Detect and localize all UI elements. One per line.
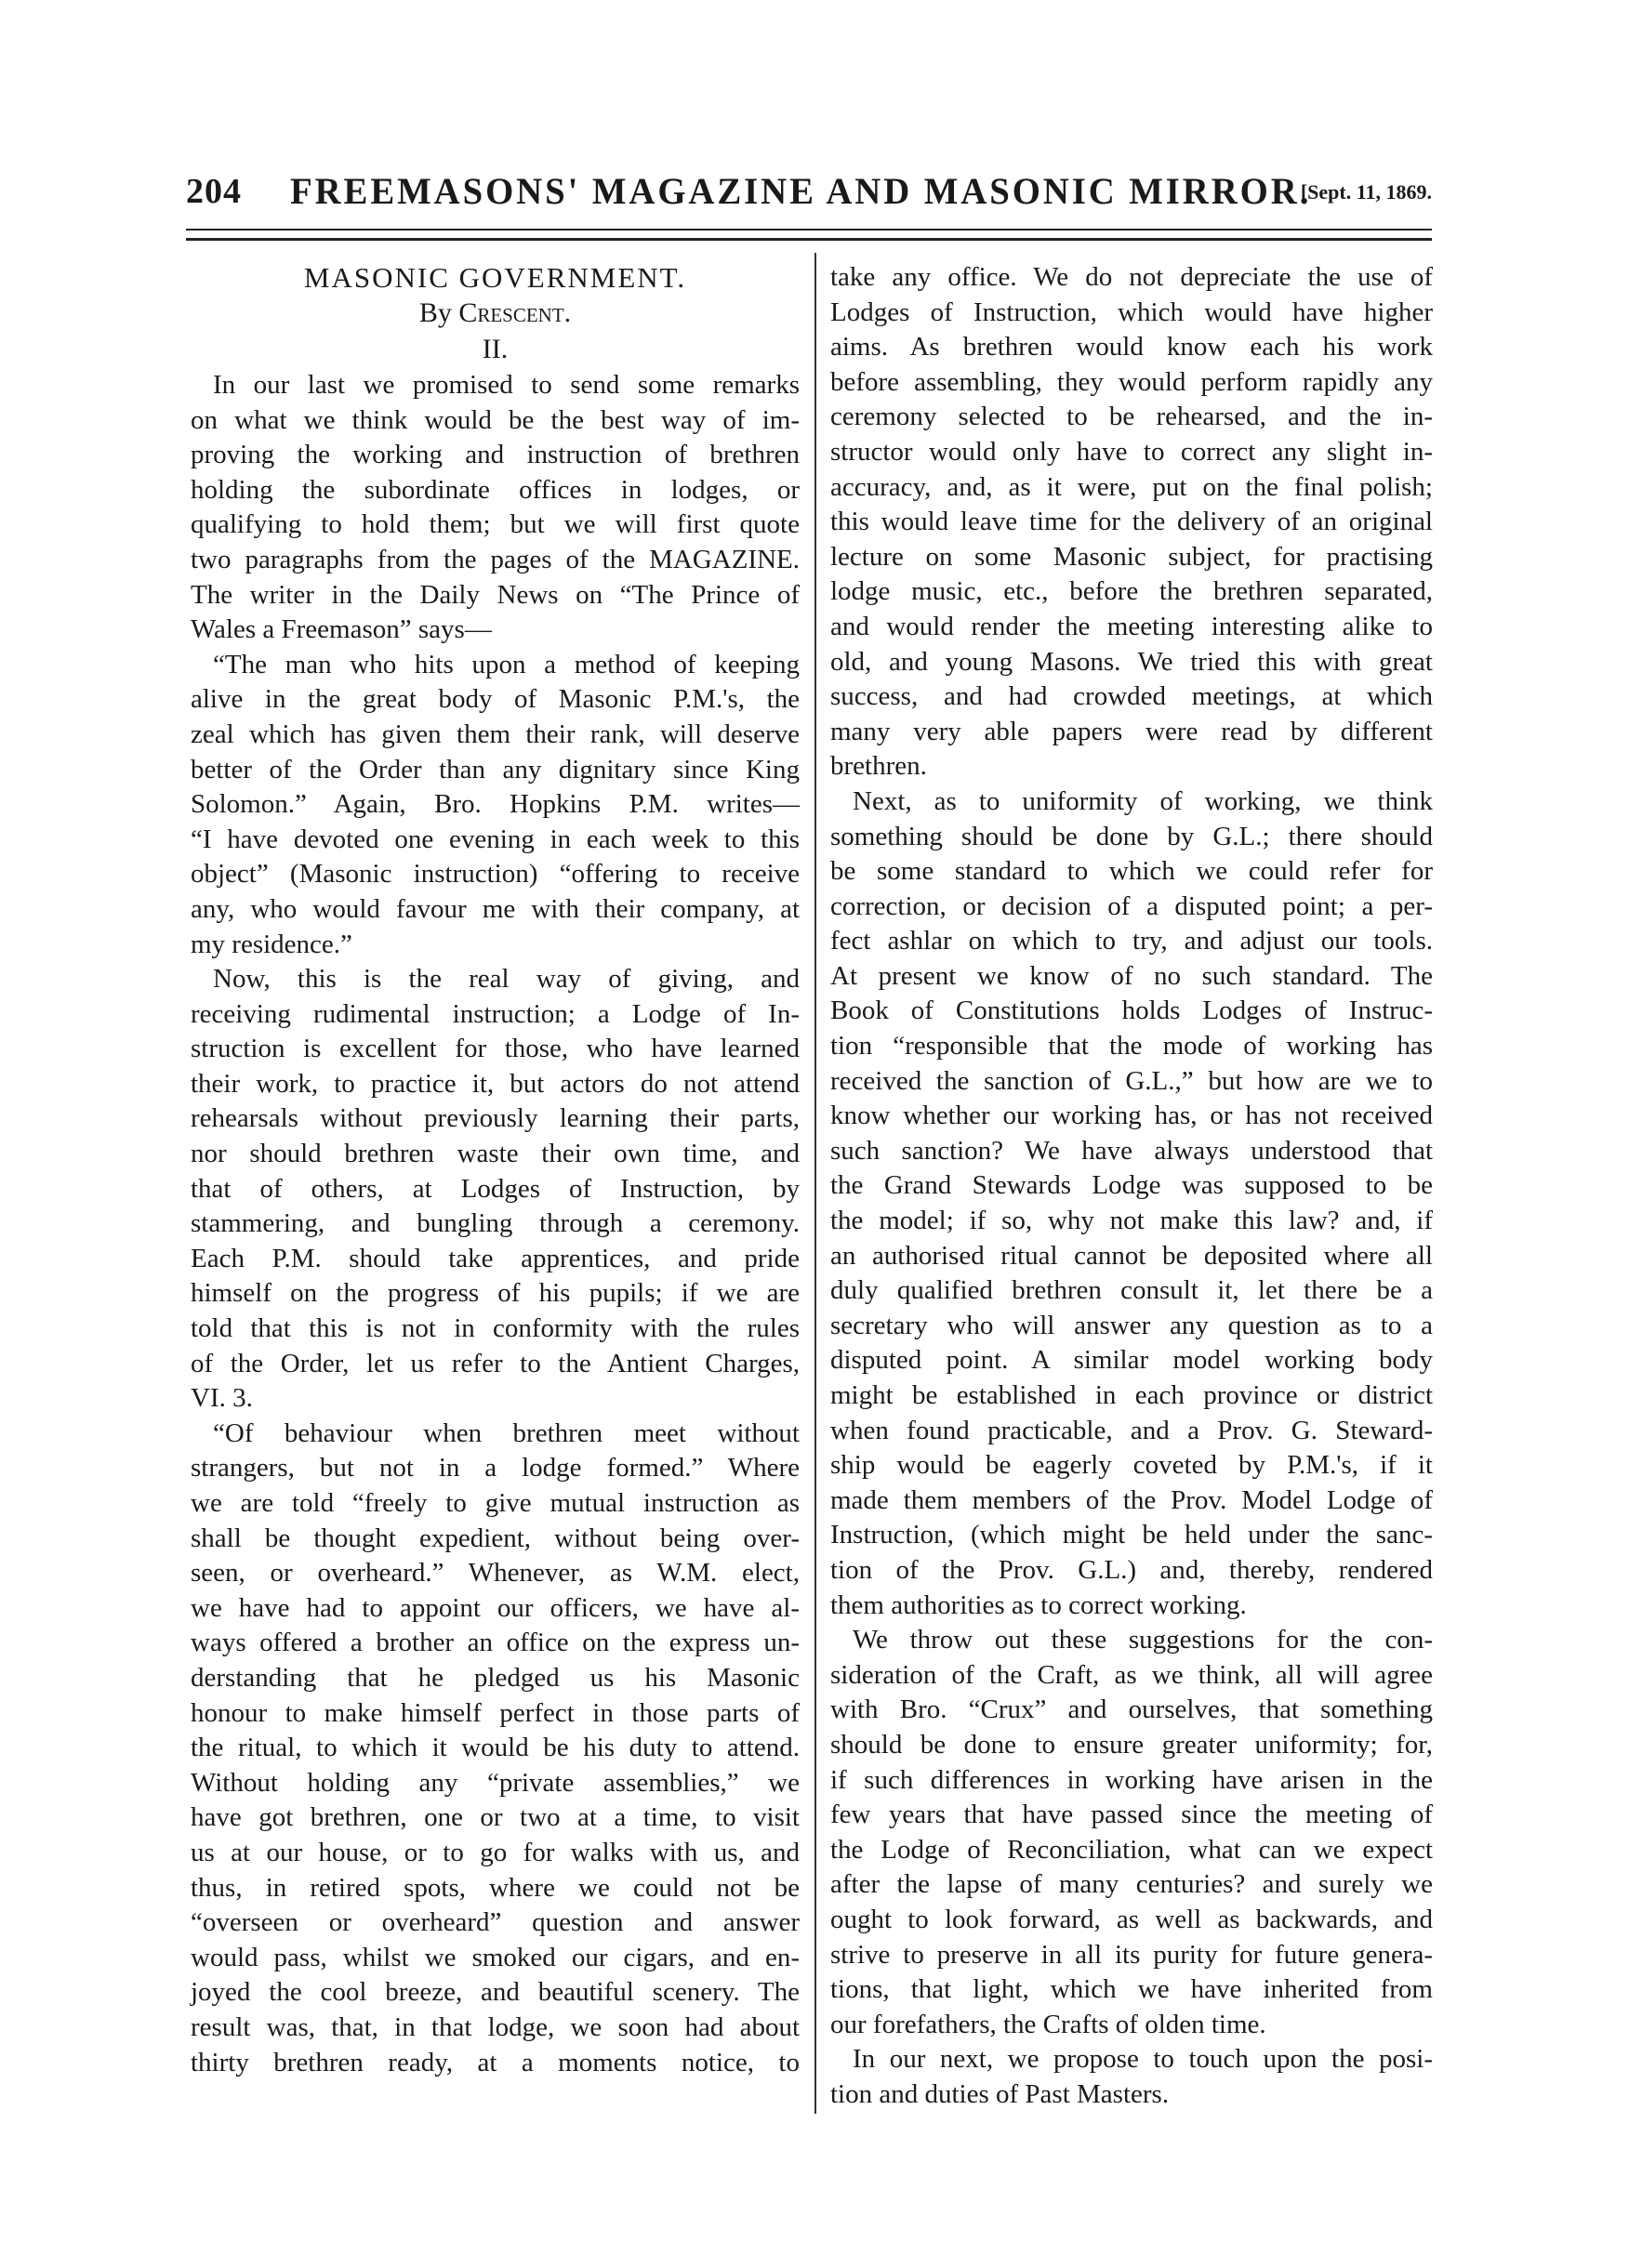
text-line: old, and young Masons. We tried this wit… [830,645,1433,680]
text-line: proving the working and instruction of b… [191,438,800,473]
text-line: shall be thought expedient, without bein… [191,1522,800,1557]
text-line: us at our house, or to go for walks with… [191,1836,800,1871]
text-line: In our last we promised to send some rem… [191,368,800,403]
text-line: We throw out these suggestions for the c… [830,1623,1433,1658]
column-divider [814,253,816,2114]
text-line: nor should brethren waste their own time… [191,1137,800,1172]
text-line: Solomon.” Again, Bro. Hopkins P.M. write… [191,787,800,823]
text-line: thirty brethren ready, at a moments noti… [191,2046,800,2081]
text-line: Wales a Freemason” says— [191,613,800,648]
text-line: ways offered a brother an office on the … [191,1626,800,1661]
text-line: ship would be eagerly coveted by P.M.'s,… [830,1448,1433,1483]
text-line: we have had to appoint our officers, we … [191,1591,800,1627]
text-line: this would leave time for the delivery o… [830,505,1433,540]
text-line: be some standard to which we could refer… [830,854,1433,890]
text-line: object” (Masonic instruction) “offering … [191,857,800,892]
text-line: The writer in the Daily News on “The Pri… [191,578,800,613]
text-line: such sanction? We have always understood… [830,1134,1433,1169]
text-line: “Of behaviour when brethren meet without [191,1417,800,1452]
text-line: should be done to ensure greater uniform… [830,1728,1433,1763]
text-line: might be established in each province or… [830,1378,1433,1414]
text-line: two paragraphs from the pages of the MAG… [191,543,800,578]
text-line: Book of Constitutions holds Lodges of In… [830,994,1433,1029]
text-line: know whether our working has, or has not… [830,1099,1433,1134]
left-column: MASONIC GOVERNMENT. By Crescent. II. In … [191,260,800,2080]
text-line: that of others, at Lodges of Instruction… [191,1172,800,1207]
text-line: Next, as to uniformity of working, we th… [830,785,1433,820]
text-line: receiving rudimental instruction; a Lodg… [191,997,800,1033]
right-column: take any office. We do not depreciate th… [830,260,1433,2112]
text-line: duly qualified brethren consult it, let … [830,1273,1433,1309]
text-line: “The man who hits upon a method of keepi… [191,648,800,683]
text-line: VI. 3. [191,1381,800,1417]
text-line: tions, that light, which we have inherit… [830,1972,1433,2008]
magazine-page: 204 FREEMASONS' MAGAZINE AND MASONIC MIR… [0,0,1642,2268]
text-line: any, who would favour me with their comp… [191,892,800,928]
text-line: secretary who will answer any question a… [830,1309,1433,1344]
text-line: zeal which has given them their rank, wi… [191,718,800,753]
text-line: alive in the great body of Masonic P.M.'… [191,682,800,718]
text-line: honour to make himself perfect in those … [191,1696,800,1732]
text-line: joyed the cool breeze, and beautiful sce… [191,1975,800,2011]
text-line: seen, or overheard.” Whenever, as W.M. e… [191,1556,800,1591]
text-line: “overseen or overheard” question and ans… [191,1905,800,1941]
article-part-number: II. [191,331,800,368]
text-line: the model; if so, why not make this law?… [830,1204,1433,1239]
text-line: few years that have passed since the mee… [830,1798,1433,1833]
publication-title: FREEMASONS' MAGAZINE AND MASONIC MIRROR. [290,169,1265,213]
text-line: my residence.” [191,928,800,963]
text-line: strive to preserve in all its purity for… [830,1938,1433,1973]
right-column-text: take any office. We do not depreciate th… [830,260,1433,2112]
text-line: structor would only have to correct any … [830,435,1433,470]
text-line: them authorities as to correct working. [830,1589,1433,1624]
text-line: holding the subordinate offices in lodge… [191,473,800,508]
text-line: the ritual, to which it would be his dut… [191,1731,800,1766]
text-line: lecture on some Masonic subject, for pra… [830,540,1433,575]
byline-prefix: By [419,297,459,328]
text-line: derstanding that he pledged us his Mason… [191,1661,800,1696]
text-line: ought to look forward, as well as backwa… [830,1903,1433,1938]
text-line: rehearsals without previously learning t… [191,1101,800,1137]
text-line: with Bro. “Crux” and ourselves, that som… [830,1693,1433,1728]
text-line: Instruction, (which might be held under … [830,1518,1433,1553]
text-line: struction is excellent for those, who ha… [191,1032,800,1067]
text-line: Lodges of Instruction, which would have … [830,296,1433,331]
text-line: have got brethren, one or two at a time,… [191,1800,800,1836]
text-line: our forefathers, the Crafts of olden tim… [830,2008,1433,2043]
text-line: the Lodge of Reconciliation, what can we… [830,1833,1433,1868]
issue-date: [Sept. 11, 1869. [1301,180,1432,204]
text-line: and would render the meeting interesting… [830,610,1433,645]
text-line: fect ashlar on which to try, and adjust … [830,924,1433,959]
text-line: when found practicable, and a Prov. G. S… [830,1414,1433,1449]
left-column-text: In our last we promised to send some rem… [191,368,800,2080]
text-line: many very able papers were read by diffe… [830,715,1433,750]
text-line: himself on the progress of his pupils; i… [191,1276,800,1312]
text-line: correction, or decision of a disputed po… [830,890,1433,925]
header-rule-bottom [186,238,1432,241]
masthead: 204 FREEMASONS' MAGAZINE AND MASONIC MIR… [186,167,1432,214]
text-line: take any office. We do not depreciate th… [830,260,1433,296]
text-line: stammering, and bungling through a cerem… [191,1207,800,1242]
article-author: Crescent. [458,297,571,328]
article-byline: By Crescent. [191,296,800,331]
text-line: we are told “freely to give mutual instr… [191,1486,800,1522]
text-line: would pass, whilst we smoked our cigars,… [191,1941,800,1976]
text-line: tion and duties of Past Masters. [830,2077,1433,2113]
text-line: qualifying to hold them; but we will fir… [191,508,800,543]
text-line: “I have devoted one evening in each week… [191,823,800,858]
text-line: better of the Order than any dignitary s… [191,753,800,788]
text-line: strangers, but not in a lodge formed.” W… [191,1451,800,1486]
text-line: Each P.M. should take apprentices, and p… [191,1242,800,1277]
text-line: aims. As brethren would know each his wo… [830,330,1433,365]
text-line: received the sanction of G.L.,” but how … [830,1064,1433,1100]
header-rule-top [186,229,1432,231]
text-line: made them members of the Prov. Model Lod… [830,1483,1433,1519]
text-line: tion “responsible that the mode of worki… [830,1029,1433,1064]
text-line: if such differences in working have aris… [830,1763,1433,1799]
text-line: result was, that, in that lodge, we soon… [191,2011,800,2046]
text-line: accuracy, and, as it were, put on the fi… [830,470,1433,506]
text-line: Without holding any “private assemblies,… [191,1766,800,1801]
text-line: thus, in retired spots, where we could n… [191,1871,800,1906]
text-line: brethren. [830,749,1433,785]
text-line: of the Order, let us refer to the Antien… [191,1347,800,1382]
text-line: something should be done by G.L.; there … [830,820,1433,855]
text-line: on what we think would be the best way o… [191,403,800,439]
text-line: sideration of the Craft, as we think, al… [830,1658,1433,1694]
text-line: success, and had crowded meetings, at wh… [830,679,1433,715]
text-line: before assembling, they would perform ra… [830,365,1433,401]
text-line: ceremony selected to be rehearsed, and t… [830,400,1433,435]
page-number: 204 [186,171,242,212]
article-title: MASONIC GOVERNMENT. [191,260,800,296]
text-line: lodge music, etc., before the brethren s… [830,574,1433,610]
text-line: Now, this is the real way of giving, and [191,962,800,997]
text-line: disputed point. A similar model working … [830,1343,1433,1378]
text-line: after the lapse of many centuries? and s… [830,1867,1433,1903]
text-line: At present we know of no such standard. … [830,959,1433,995]
text-line: an authorised ritual cannot be deposited… [830,1239,1433,1274]
text-line: tion of the Prov. G.L.) and, thereby, re… [830,1553,1433,1589]
text-line: In our next, we propose to touch upon th… [830,2042,1433,2077]
text-line: their work, to practice it, but actors d… [191,1067,800,1102]
text-line: told that this is not in conformity with… [191,1312,800,1347]
text-line: the Grand Stewards Lodge was supposed to… [830,1168,1433,1204]
